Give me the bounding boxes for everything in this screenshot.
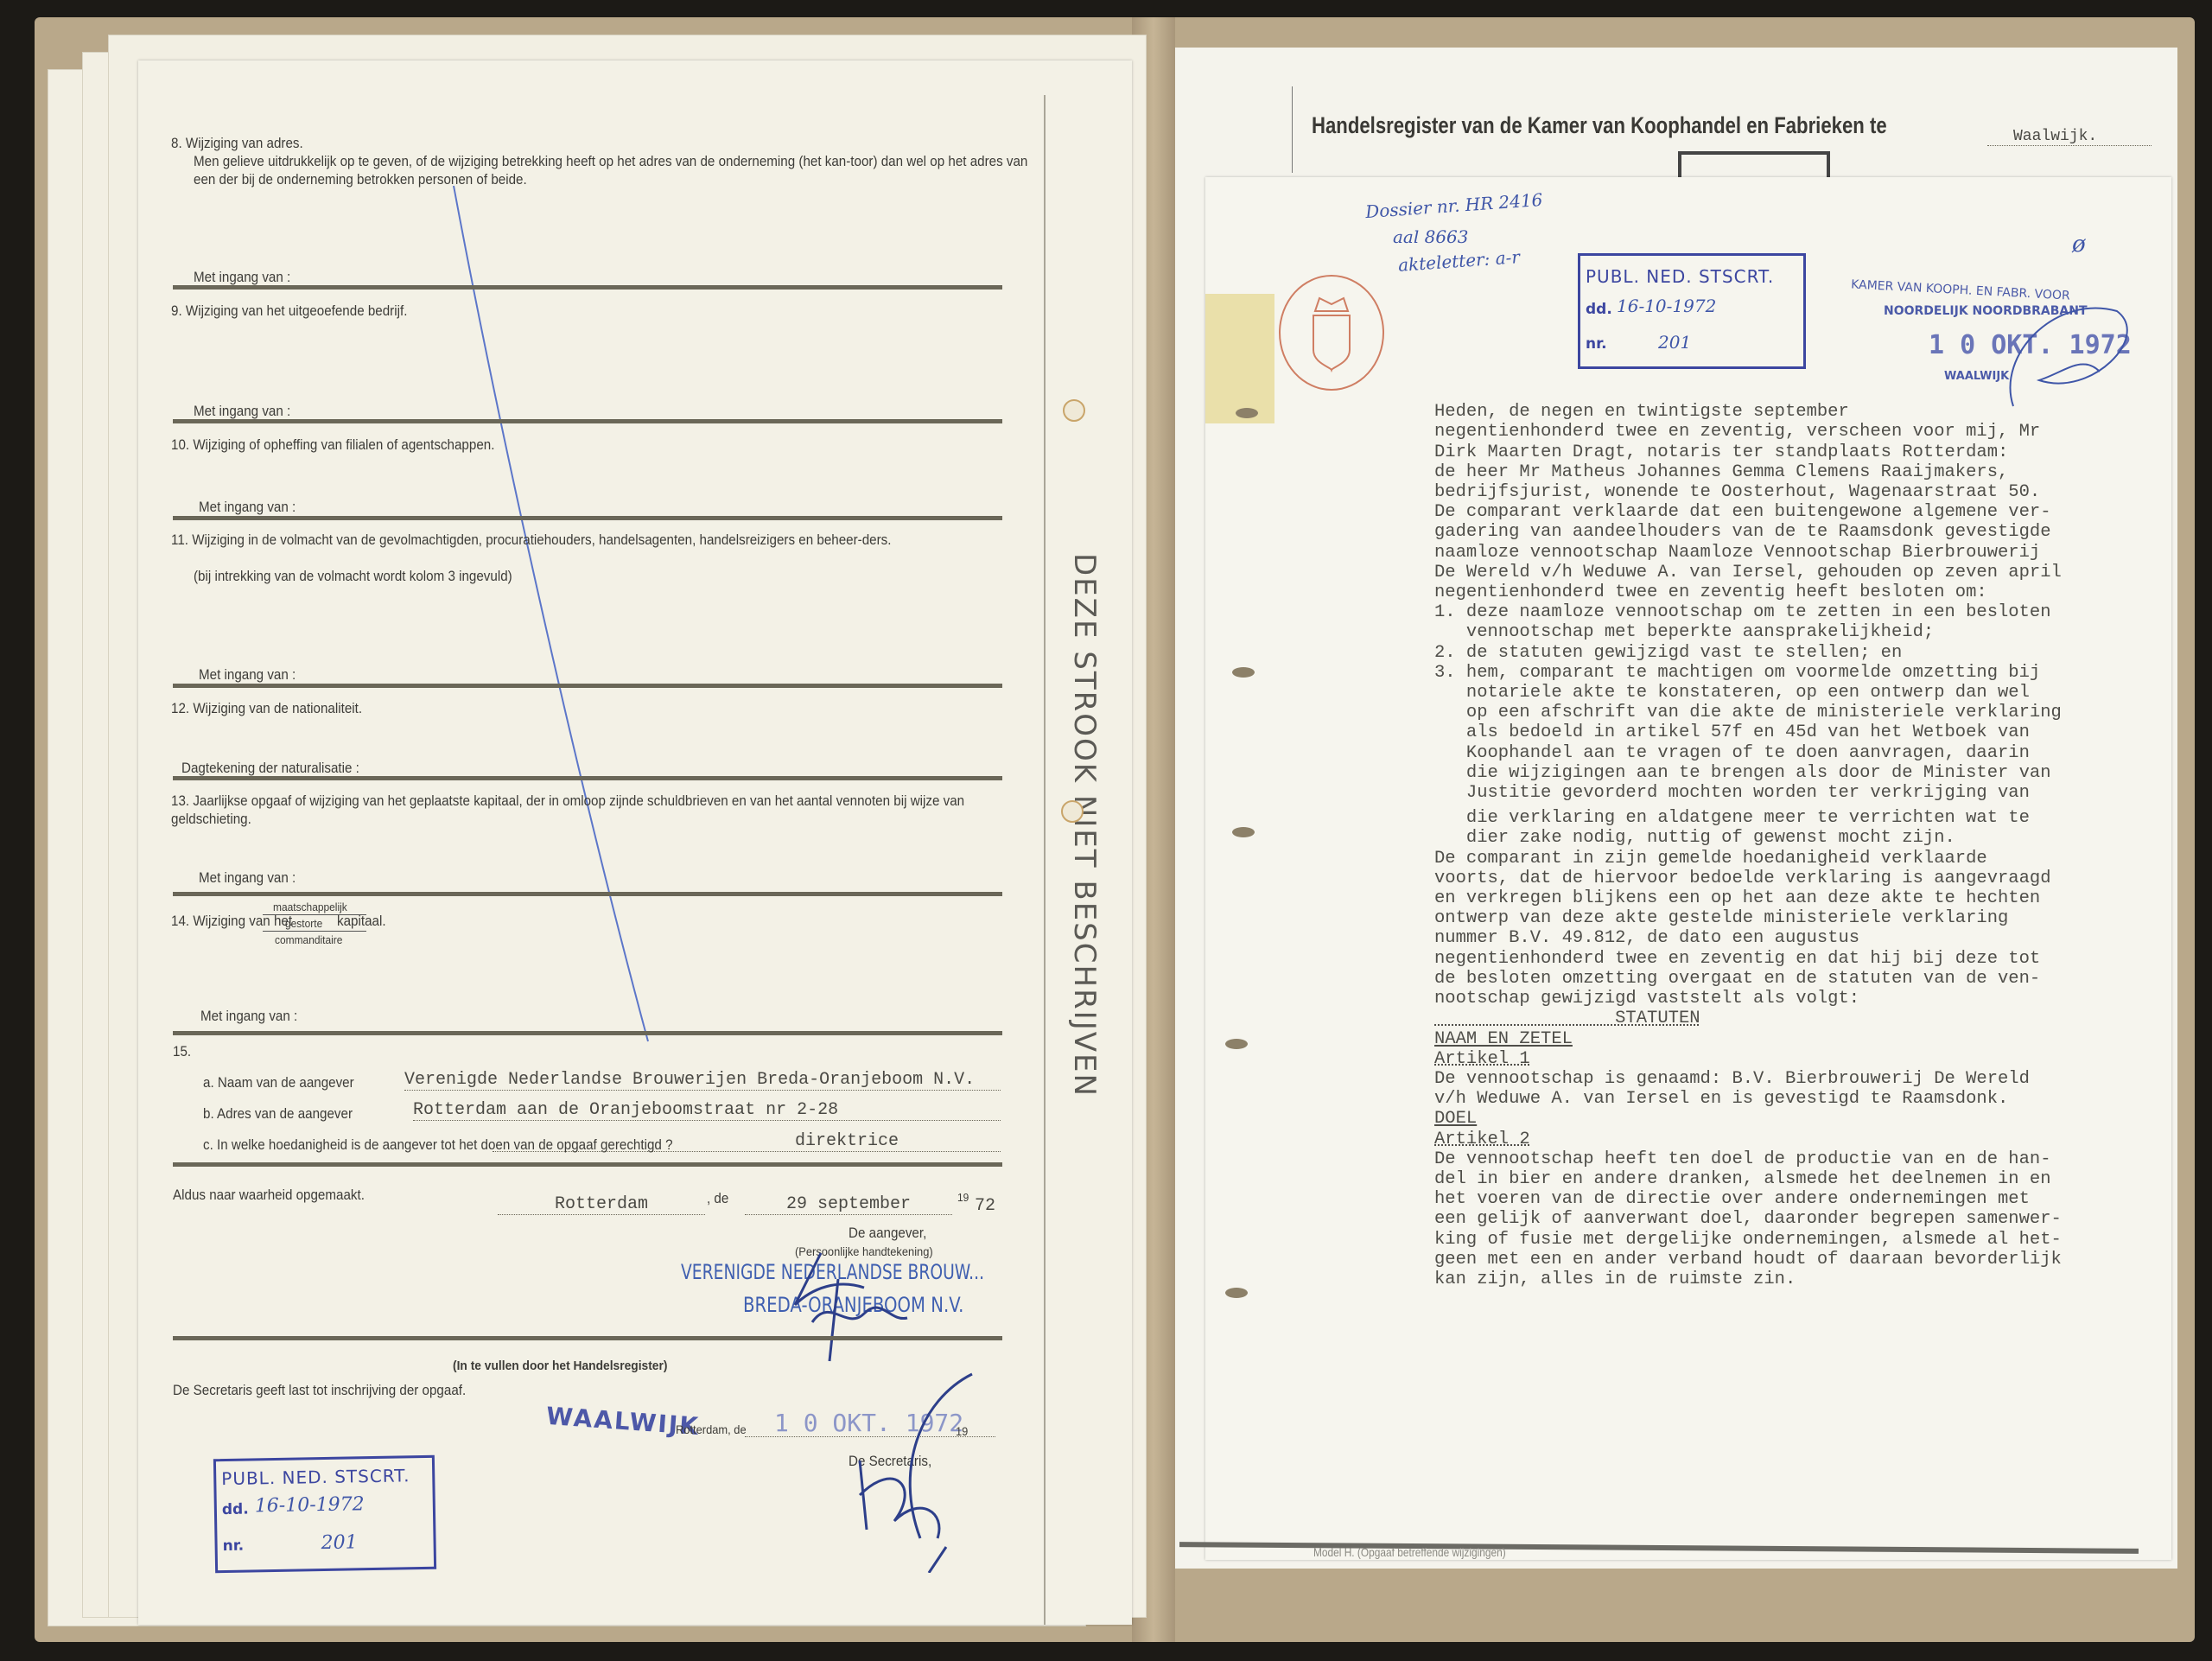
section-8-body: Men gelieve uitdrukkelijk op te geven, o… (194, 153, 1044, 189)
deed-line: negentienhonderd twee en zeventig heeft … (1434, 582, 2169, 602)
deed-line: de besloten omzetting overgaat en de sta… (1434, 969, 2169, 989)
section-heading-naam-zetel: NAAM EN ZETEL (1434, 1029, 2169, 1049)
register-place-field[interactable]: Waalwijk. (1987, 128, 2152, 146)
deed-line: De comparant verklaarde dat een buitenge… (1434, 502, 2169, 522)
form-model-footer: Model H. (Opgaaf betreffende wijzigingen… (1313, 1545, 1506, 1559)
deed-line: het voeren van de directie over andere o… (1434, 1189, 2169, 1209)
deed-line: en verkregen blijkens een op het aan dez… (1434, 888, 2169, 908)
punch-hole (1063, 399, 1085, 422)
deed-line: die verklaring en aldatgene meer te verr… (1434, 808, 2169, 828)
declaration-label: Aldus naar waarheid opgemaakt. (173, 1187, 365, 1204)
deed-line: als bedoeld in artikel 57f en 45d van he… (1434, 722, 2169, 742)
divider (173, 285, 1002, 290)
deed-line: nummer B.V. 49.812, de dato een augustus (1434, 928, 2169, 948)
deed-line: een gelijk of aanverwant doel, daaronder… (1434, 1209, 2169, 1229)
option-maatschappelijk: maatschappelijk (273, 901, 347, 913)
deed-line: 1. deze naamloze vennootschap om te zett… (1434, 602, 2169, 622)
section-12-title: 12. Wijziging van de nationaliteit. (171, 700, 966, 718)
section-10-title: 10. Wijziging of opheffing van filialen … (171, 436, 966, 455)
publ-nr-value: 201 (321, 1531, 357, 1554)
de-label: , de (707, 1191, 728, 1207)
publ-stamp-right: PUBL. NED. STSCRT. dd. 16-10-1972 nr. 20… (1578, 253, 1806, 369)
year-suffix: 72 (975, 1196, 995, 1216)
punch-hole (1061, 800, 1084, 823)
aangever-address-label: b. Adres van de aangever (203, 1106, 353, 1123)
deed-line: nootschap gewijzigd vaststelt als volgt: (1434, 989, 2169, 1009)
option-gestorte: gestorte (285, 917, 322, 930)
deed-line: negentienhonderd twee en zeventig, versc… (1434, 422, 2169, 442)
section-14-suffix: kapitaal. (337, 913, 386, 930)
year-prefix: 19 (957, 1191, 969, 1204)
deed-line: die wijzigingen aan te brengen als door … (1434, 763, 2169, 783)
punch-hole (1232, 667, 1255, 678)
deed-line: Justitie gevorderd mochten worden ter ve… (1434, 783, 2169, 803)
artikel-heading: Artikel 2 (1434, 1130, 2169, 1149)
artikel-heading: Artikel 1 (1434, 1049, 2169, 1069)
section-11-title: 11. Wijziging in de volmacht van de gevo… (171, 531, 1006, 550)
registry-place-printed: Rotterdam, de (676, 1422, 747, 1436)
binding-strip-line (1044, 95, 1046, 1625)
punch-hole (1232, 827, 1255, 837)
section-9-title: 9. Wijziging van het uitgeoefende bedrij… (171, 302, 966, 321)
aangever-name-field[interactable]: Verenigde Nederlandse Brouwerijen Breda-… (404, 1070, 1001, 1091)
publ-dd-value: 16-10-1972 (255, 1493, 365, 1517)
divider (173, 892, 1002, 896)
punch-hole (1236, 408, 1258, 418)
deed-line: ontwerp van deze akte gestelde ministeri… (1434, 908, 2169, 928)
date-field[interactable]: 29 september (745, 1194, 952, 1215)
deed-line: geen met een en ander verband houdt of d… (1434, 1250, 2169, 1270)
deed-line: negentienhonderd twee en zeventig en dat… (1434, 949, 2169, 969)
aangever-signature (760, 1244, 933, 1365)
deed-line: naamloze vennootschap Naamloze Vennootsc… (1434, 543, 2169, 563)
section-15-number: 15. (173, 1044, 191, 1060)
publ-stamp-title: PUBL. NED. STSCRT. (221, 1465, 410, 1489)
publ-dd-label: dd. (1586, 301, 1612, 318)
register-header-title: Handelsregister van de Kamer van Koophan… (1312, 112, 1887, 139)
deed-line: op een afschrift van die akte de ministe… (1434, 703, 2169, 722)
deed-line: voorts, dat de hiervoor bedoelde verklar… (1434, 869, 2169, 888)
divider (173, 516, 1002, 520)
divider (173, 684, 1002, 688)
deed-text: Heden, de negen en twintigste septembern… (1434, 382, 2169, 1309)
registry-instruction: De Secretaris geeft last tot inschrijvin… (173, 1383, 466, 1399)
crown-shield-icon (1281, 277, 1382, 389)
aangever-name-label: a. Naam van de aangever (203, 1075, 354, 1091)
divider (173, 776, 1002, 780)
divider (173, 1031, 1002, 1035)
section-14-title: 14. Wijziging van het (171, 913, 292, 930)
deed-line: notariele akte te konstateren, op een on… (1434, 683, 2169, 703)
section-12-field-label: Dagtekening der naturalisatie : (181, 760, 359, 777)
aangever-address-field[interactable]: Rotterdam aan de Oranjeboomstraat nr 2-2… (413, 1100, 1001, 1121)
deed-line: De Wereld v/h Weduwe A. van Iersel, geho… (1434, 563, 2169, 582)
secretary-signature (842, 1365, 998, 1573)
adhesive-tape (1205, 294, 1274, 423)
deed-line: 2. de statuten gewijzigd vast te stellen… (1434, 643, 2169, 663)
deed-line: dier zake nodig, nuttig of gewenst mocht… (1434, 828, 2169, 848)
deed-line: del in bier en andere dranken, alsmede h… (1434, 1169, 2169, 1189)
publ-nr-value: 201 (1658, 332, 1691, 353)
deed-line: Koophandel aan te vragen of te doen aanv… (1434, 743, 2169, 763)
option-commanditaire: commanditaire (275, 933, 342, 946)
strip-warning-text: DEZE STROOK NIET BESCHRIJVEN (1050, 553, 1102, 1175)
publ-stamp-left: PUBL. NED. STSCRT. dd. 16-10-1972 nr. 20… (213, 1455, 436, 1573)
section-13-title: 13. Jaarlijkse opgaaf of wijziging van h… (171, 792, 1021, 829)
deed-line: kan zijn, alles in de ruimste zin. (1434, 1270, 2169, 1289)
deed-line: Heden, de negen en twintigste september (1434, 402, 2169, 422)
publ-dd-label: dd. (222, 1501, 249, 1519)
publ-stamp-title: PUBL. NED. STSCRT. (1586, 266, 1774, 287)
deed-line: De vennootschap is genaamd: B.V. Bierbro… (1434, 1069, 2169, 1089)
section-9-field-label: Met ingang van : (194, 404, 290, 420)
section-8-title: 8. Wijziging van adres. (171, 135, 1046, 153)
punch-hole (1225, 1288, 1248, 1298)
section-heading-doel: DOEL (1434, 1109, 2169, 1129)
deed-line: gadering van aandeelhouders van de te Ra… (1434, 522, 2169, 542)
place-field[interactable]: Rotterdam (498, 1194, 705, 1215)
handwritten-initial: ø (2072, 232, 2086, 258)
deed-line: Dirk Maarten Dragt, notaris ter standpla… (1434, 442, 2169, 462)
handwritten-aal-number: aal 8663 (1393, 226, 1469, 247)
section-14-field-label: Met ingang van : (200, 1009, 297, 1025)
statuten-heading: STATUTEN (1434, 1009, 2169, 1028)
section-11-field-label: Met ingang van : (199, 667, 296, 684)
section-10-field-label: Met ingang van : (199, 500, 296, 516)
deed-line: De comparant in zijn gemelde hoedanighei… (1434, 849, 2169, 869)
divider (173, 419, 1002, 423)
deed-line: De vennootschap heeft ten doel de produc… (1434, 1149, 2169, 1169)
capacity-value: direktrice (795, 1131, 899, 1151)
publ-nr-label: nr. (222, 1537, 244, 1555)
deed-line: vennootschap met beperkte aansprakelijkh… (1434, 622, 2169, 642)
registry-heading: (In te vullen door het Handelsregister) (453, 1359, 667, 1373)
deed-line: v/h Weduwe A. van Iersel en is gevestigd… (1434, 1089, 2169, 1109)
divider (173, 1162, 1002, 1167)
margin-line (1292, 86, 1293, 173)
deed-line: 3. hem, comparant te machtigen om voorme… (1434, 663, 2169, 683)
capacity-field[interactable]: direktrice (493, 1131, 1001, 1152)
deed-line: bedrijfsjurist, wonende te Oosterhout, W… (1434, 482, 2169, 502)
publ-nr-label: nr. (1586, 335, 1607, 353)
divider (173, 1336, 1002, 1340)
punch-hole (1225, 1039, 1248, 1049)
section-13-field-label: Met ingang van : (199, 870, 296, 887)
deed-line: de heer Mr Matheus Johannes Gemma Clemen… (1434, 462, 2169, 482)
notary-seal (1279, 275, 1384, 391)
section-8-field-label: Met ingang van : (194, 270, 290, 286)
publ-dd-value: 16-10-1972 (1617, 296, 1716, 316)
deed-line: king of fusie met dergelijke onderneming… (1434, 1230, 2169, 1250)
signer-title: De aangever, (849, 1225, 926, 1242)
option-separator (263, 931, 366, 932)
section-11-body: (bij intrekking van de volmacht wordt ko… (194, 568, 988, 586)
